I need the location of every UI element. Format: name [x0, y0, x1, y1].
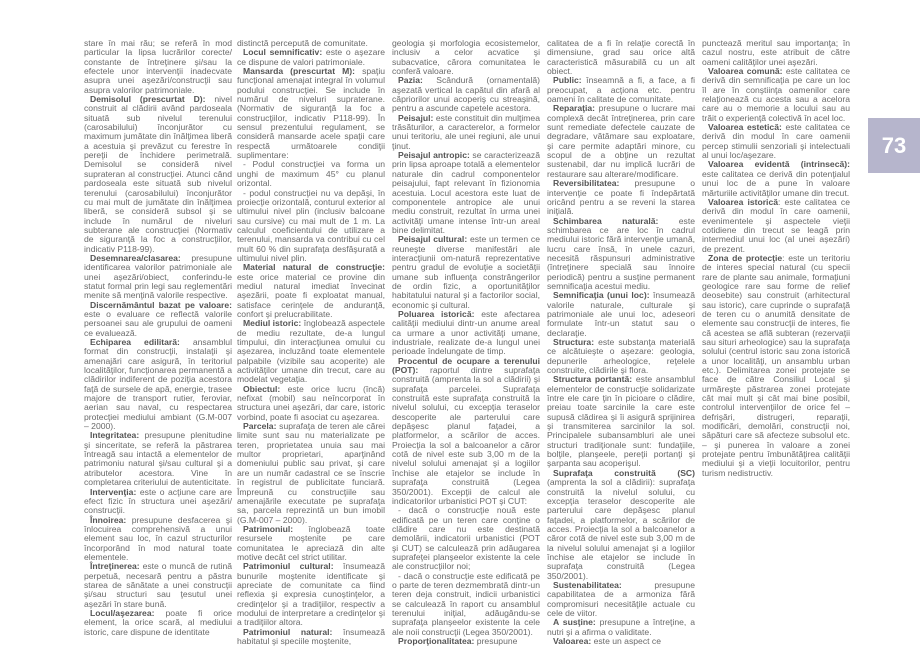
glossary-entry: - podul construcţiei nu va depăşi, în pr…	[237, 189, 385, 264]
glossary-definition: - podul construcţiei nu va depăşi, în pr…	[237, 188, 385, 263]
glossary-definition: înglobează aspectele de mediu rezultate,…	[237, 318, 385, 384]
glossary-entry: Structura portantă: este ansamblul eleme…	[547, 375, 695, 468]
glossary-definition: presupune o lucrare mai complexă decât î…	[547, 103, 695, 178]
glossary-definition: este calitatea ce derivă din potenţialul…	[702, 169, 850, 198]
glossary-entry: Procentul de ocupare a terenului (POT): …	[392, 357, 540, 507]
glossary-entry: Valoarea evidentă (intrinsecă): este cal…	[702, 160, 850, 197]
glossary-entry: stare în mai rău; se referă în mod parti…	[84, 39, 232, 95]
glossary-definition: presupune	[474, 636, 517, 646]
glossary-entry: Peisajul: este constituit din mulţimea t…	[392, 114, 540, 151]
page-number-tab: 73	[868, 118, 920, 173]
glossary-definition: - dacă o construcţie este edificată pe o…	[392, 571, 540, 637]
text-column-2: distinctă percepută de comunitate.Locul …	[237, 39, 385, 646]
glossary-entry: Integritatea: presupune plenitudine şi s…	[84, 431, 232, 487]
glossary-definition: : este calitatea ce derivă din modul în …	[702, 197, 850, 254]
glossary-entry: - dacă o construcţie nouă este edificată…	[392, 506, 540, 571]
glossary-entry: Valoarea: este un aspect ce	[547, 637, 695, 646]
glossary-definition: punctează meritul sau importanţa; în caz…	[702, 38, 850, 67]
glossary-definition: nivel construit al clădirii având pardos…	[84, 94, 232, 254]
glossary-entry: Patrimoniul cultural: însumează bunurile…	[237, 562, 385, 627]
glossary-entry: Semnificaţia (unui loc): însumează valor…	[547, 291, 695, 338]
glossary-definition: presupune plenitudine şi sinceritate, se…	[84, 430, 232, 487]
text-column-3: geologia şi morfologia ecosistemelor, in…	[392, 39, 540, 646]
glossary-definition: (amprenta la sol a clădirii): suprafaţa …	[547, 477, 695, 580]
glossary-definition: : este un teritoriu de interes special n…	[702, 253, 850, 478]
glossary-entry: - dacă o construcţie este edificată pe o…	[392, 572, 540, 637]
glossary-entry: Valoarea comună: este calitatea ce deriv…	[702, 67, 850, 123]
glossary-entry: Desemnarea/clasarea: presupune identific…	[84, 254, 232, 301]
glossary-definition: este orice material ce provine din mediu…	[237, 272, 385, 319]
text-column-5: punctează meritul sau importanţa; în caz…	[702, 39, 850, 478]
glossary-entry: Înnoirea: presupune desfacerea şi înlocu…	[84, 516, 232, 563]
glossary-entry: Intervenţia: este o acţiune care are efe…	[84, 488, 232, 516]
glossary-entry: Obiectul: este orice lucru (încă) nefixa…	[237, 385, 385, 422]
glossary-entry: Locul/aşezarea: poate fi orice element, …	[84, 609, 232, 637]
glossary-entry: Zona de protecţie: este un teritoriu de …	[702, 254, 850, 478]
glossary-definition: este un termen ce reuneşte diverse manif…	[392, 234, 540, 309]
glossary-definition: calitatea de a fi în relaţie corectă în …	[547, 38, 695, 76]
glossary-definition: este calitatea ce derivă din semnificaţi…	[702, 66, 850, 123]
glossary-entry: Patrimoniul: înglobează toate resursele …	[237, 525, 385, 562]
glossary-entry: Poluarea istorică: este afectarea calită…	[392, 310, 540, 357]
glossary-entry: Suprafaţa construită (SC) (amprenta la s…	[547, 469, 695, 581]
glossary-definition: suprafaţa de teren ale cărei limite sunt…	[237, 421, 385, 524]
glossary-entry: Pazia: Scândură (ornamentală) aşezată ve…	[392, 76, 540, 113]
glossary-entry: - Podul construcţiei va forma un unghi d…	[237, 160, 385, 188]
glossary-entry: Sustenabilitatea: presupune capabilitate…	[547, 581, 695, 618]
glossary-entry: Material natural de construcţie: este or…	[237, 263, 385, 319]
glossary-entry: Patrimoniul natural: însumează habitatul…	[237, 628, 385, 647]
document-page: stare în mai rău; se referă în mod parti…	[0, 0, 920, 650]
glossary-term: Proporţionalitatea:	[398, 636, 474, 646]
glossary-definition: se caracterizează prin lipsa aproape tot…	[392, 150, 540, 235]
glossary-entry: Demisolul (prescurtat D): nivel construi…	[84, 95, 232, 254]
glossary-entry: Schimbarea naturală: este schimbarea ce …	[547, 217, 695, 292]
glossary-definition: geologia şi morfologia ecosistemelor, in…	[392, 38, 540, 76]
glossary-entry: Valoarea estetică: este calitatea ce der…	[702, 123, 850, 160]
glossary-definition: este o evaluare ce reflectă valorile per…	[84, 309, 232, 338]
glossary-entry: Proporţionalitatea: presupune	[392, 637, 540, 646]
glossary-entry: Public: înseamnă a fi, a face, a fi preo…	[547, 76, 695, 104]
glossary-definition: raportul dintre suprafaţa construită (am…	[392, 365, 540, 506]
glossary-entry: Locul semnificativ: este o aşezare ce di…	[237, 48, 385, 67]
glossary-entry: Peisajul antropic: se caracterizează pri…	[392, 151, 540, 235]
glossary-entry: calitatea de a fi în relaţie corectă în …	[547, 39, 695, 76]
text-column-1: stare în mai rău; se referă în mod parti…	[84, 39, 232, 637]
glossary-definition: - dacă o construcţie nouă este edificată…	[392, 505, 540, 571]
glossary-entry: Echiparea edilitară: ansamblul format di…	[84, 338, 232, 431]
glossary-entry: punctează meritul sau importanţa; în caz…	[702, 39, 850, 67]
text-column-4: calitatea de a fi în relaţie corectă în …	[547, 39, 695, 646]
glossary-entry: A susţine: presupune a întreţine, a nutr…	[547, 618, 695, 637]
glossary-entry: Structura: este substanţa materială ce a…	[547, 338, 695, 375]
glossary-definition: spaţiu funcţional amenajat integral în v…	[237, 66, 385, 160]
glossary-definition: stare în mai rău; se referă în mod parti…	[84, 38, 232, 95]
glossary-entry: Reversibilitatea: presupune o intervenţi…	[547, 179, 695, 216]
glossary-definition: este ansamblul elementelor de construcţi…	[547, 374, 695, 468]
glossary-entry: Întreţinerea: este o muncă de rutină per…	[84, 562, 232, 609]
glossary-entry: geologia şi morfologia ecosistemelor, in…	[392, 39, 540, 76]
glossary-entry: Parcela: suprafaţa de teren ale cărei li…	[237, 422, 385, 525]
glossary-entry: Mediul istoric: înglobează aspectele de …	[237, 319, 385, 384]
page-number: 73	[882, 133, 906, 159]
glossary-entry: Reparaţia: presupune o lucrare mai compl…	[547, 104, 695, 179]
glossary-definition: este schimbarea ce are loc în cadrul med…	[547, 216, 695, 291]
glossary-entry: Mansarda (prescurtat M): spaţiu funcţion…	[237, 67, 385, 160]
glossary-definition: ansamblul format din construcţii, instal…	[84, 337, 232, 431]
glossary-term: Valoarea:	[553, 636, 591, 646]
glossary-definition: însumează bunurile moştenite identificat…	[237, 561, 385, 627]
glossary-entry: Discernământul bazat pe valoare: este o …	[84, 301, 232, 338]
glossary-definition: este un aspect ce	[591, 636, 661, 646]
glossary-definition: - Podul construcţiei va forma un unghi d…	[237, 159, 385, 188]
glossary-entry: Valoarea istorică: este calitatea ce der…	[702, 198, 850, 254]
glossary-entry: Peisajul cultural: este un termen ce reu…	[392, 235, 540, 310]
